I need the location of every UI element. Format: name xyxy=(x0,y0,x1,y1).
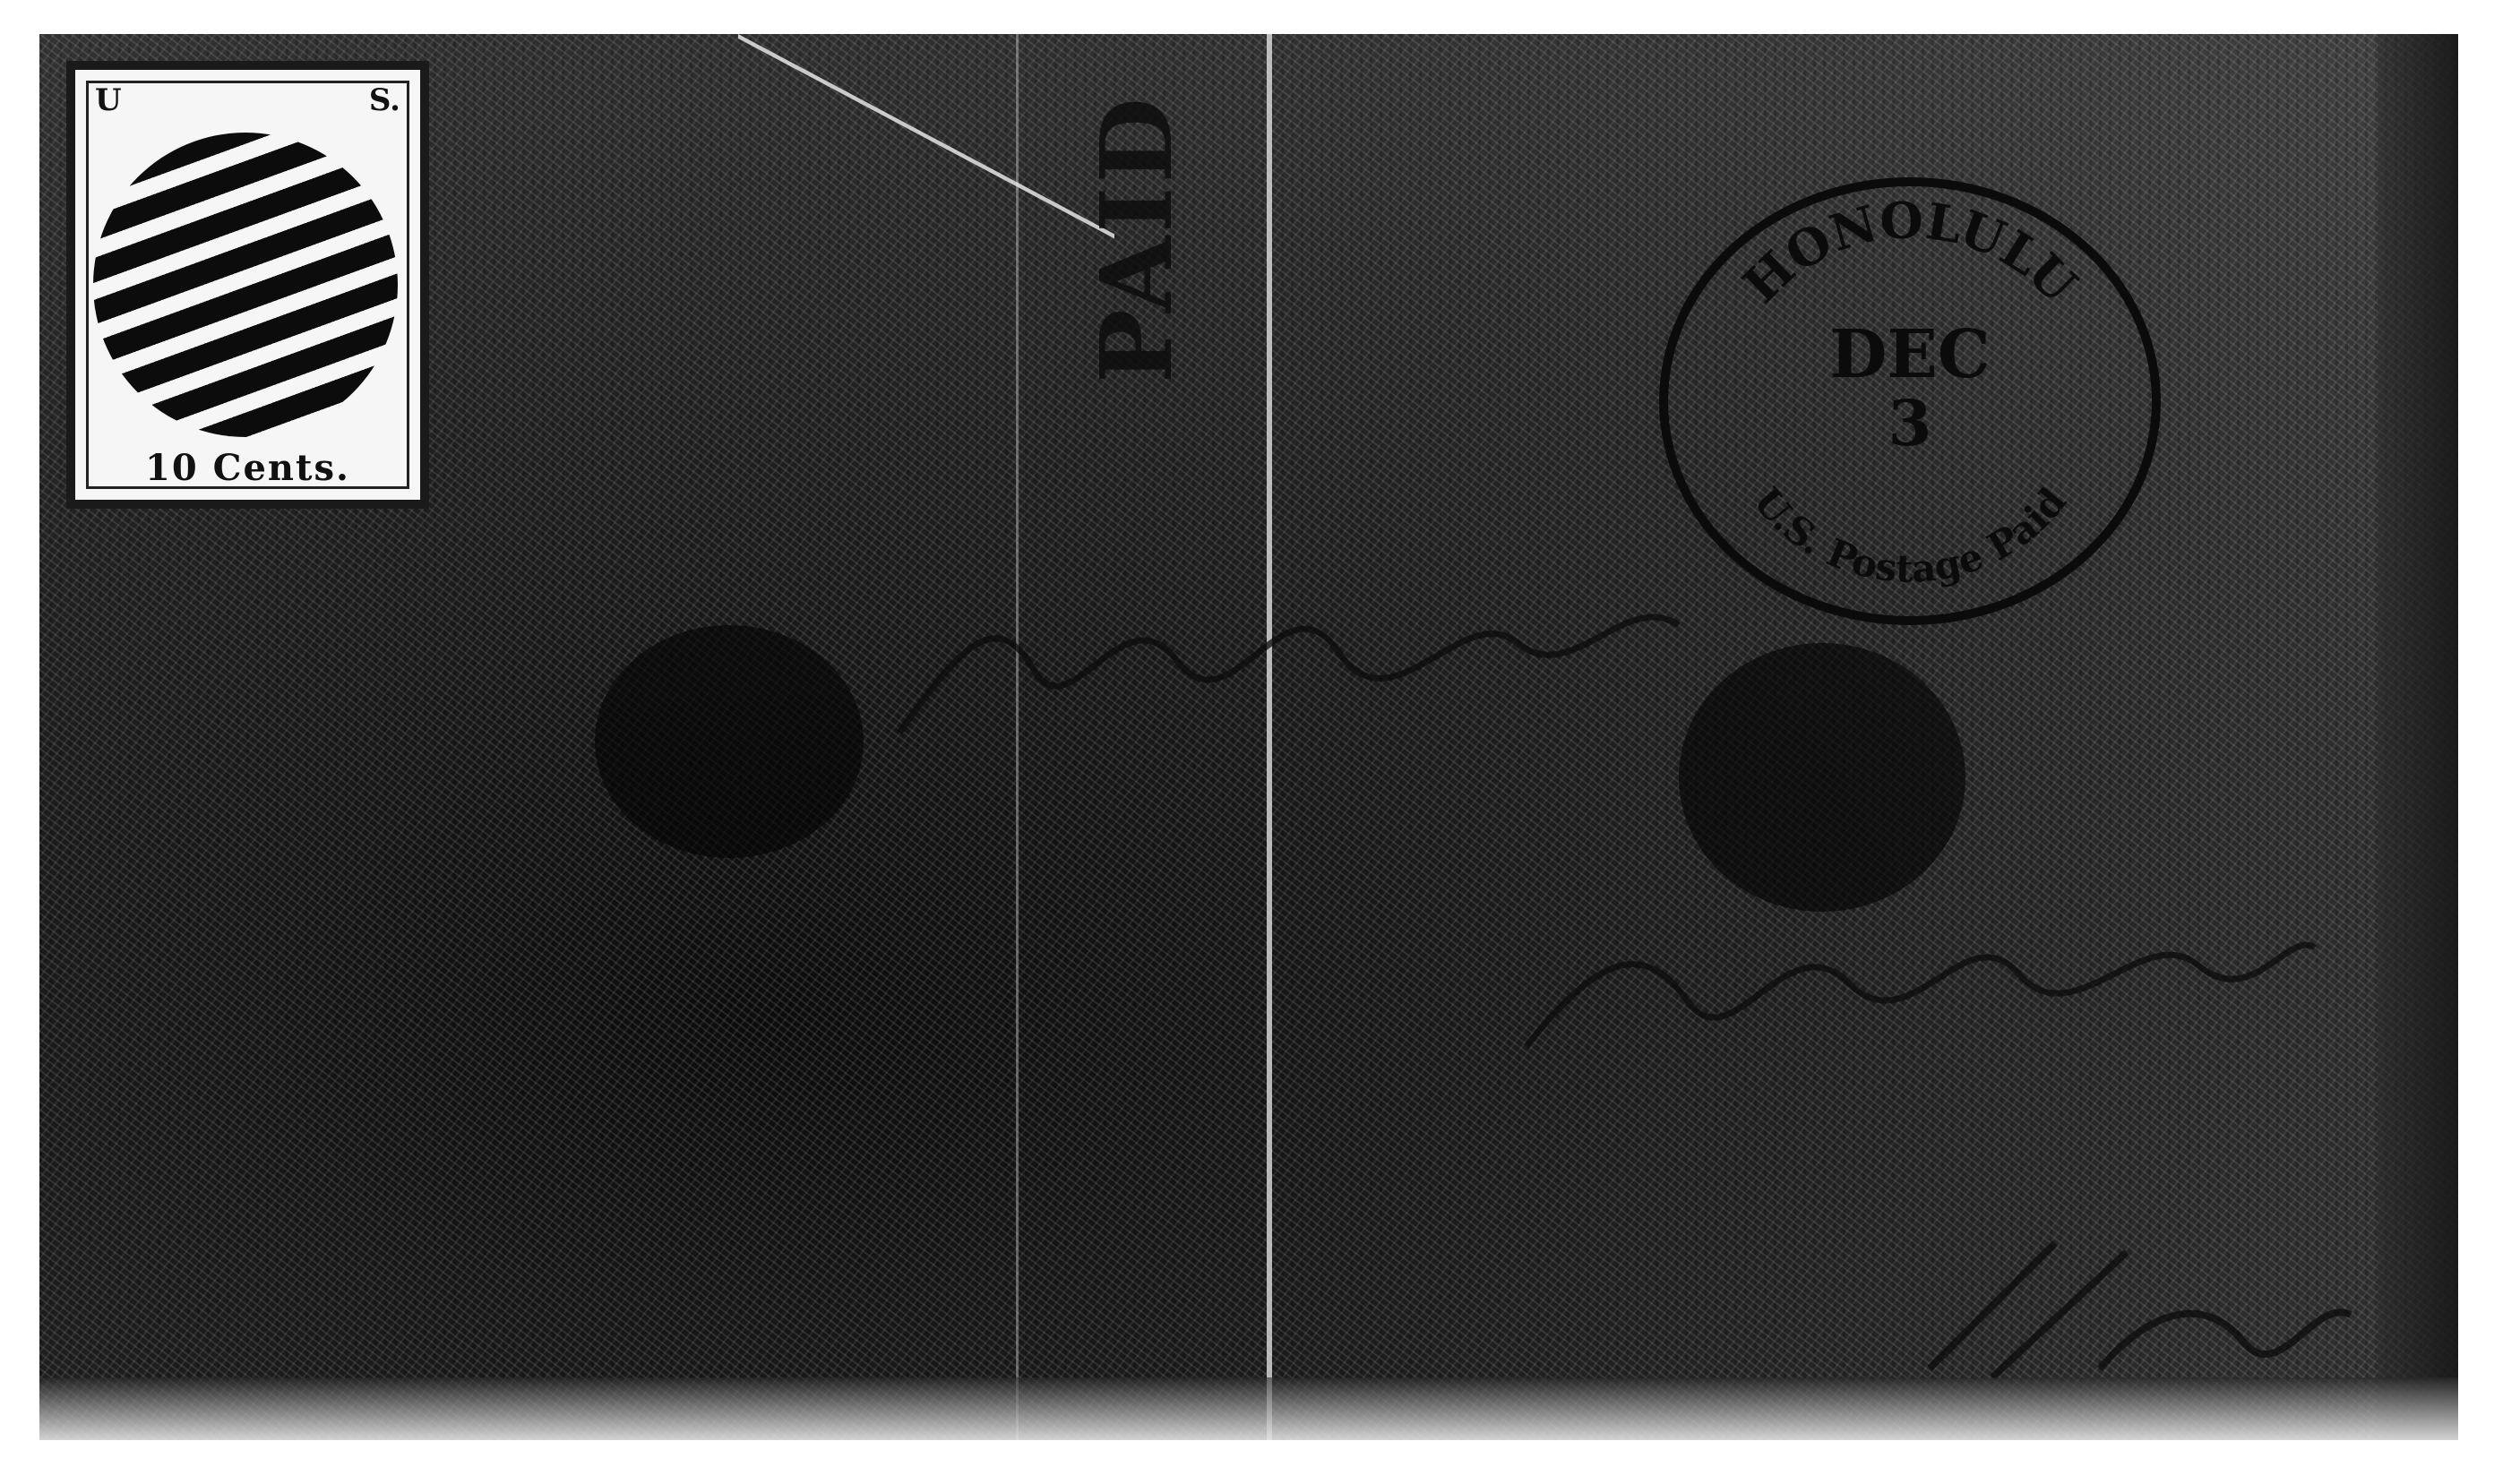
svg-text:U.S. Postage Paid: U.S. Postage Paid xyxy=(1745,479,2075,591)
manuscript-line-2 xyxy=(1518,840,2324,1073)
stamp-header: U S. xyxy=(75,82,420,118)
paid-handstamp: PAID xyxy=(1079,94,1194,383)
stamp-letter-right: S. xyxy=(369,82,400,118)
circular-postmark: HONOLULU U.S. Postage Paid DEC 3 xyxy=(1659,177,2161,625)
manuscript-line-3 xyxy=(1921,1189,2369,1386)
cover-edge-right xyxy=(2378,34,2458,1440)
postmark-date: DEC 3 xyxy=(1668,321,2152,456)
svg-text:HONOLULU: HONOLULU xyxy=(1733,192,2088,315)
manuscript-line-1 xyxy=(890,536,1697,768)
stamp-denomination: 10 Cents. xyxy=(75,447,420,489)
stamp-letter-left: U xyxy=(95,82,122,118)
postage-stamp: U S. 10 Cents. xyxy=(66,61,429,509)
postmark-month: DEC xyxy=(1668,321,2152,390)
postmark-day: 3 xyxy=(1668,390,2152,457)
cover-edge-bottom xyxy=(39,1377,2458,1440)
ink-blot xyxy=(595,625,864,858)
barred-cancel-icon xyxy=(93,133,398,437)
postal-cover: U S. 10 Cents. PAID HONOLULU U.S. Postag… xyxy=(39,34,2458,1440)
